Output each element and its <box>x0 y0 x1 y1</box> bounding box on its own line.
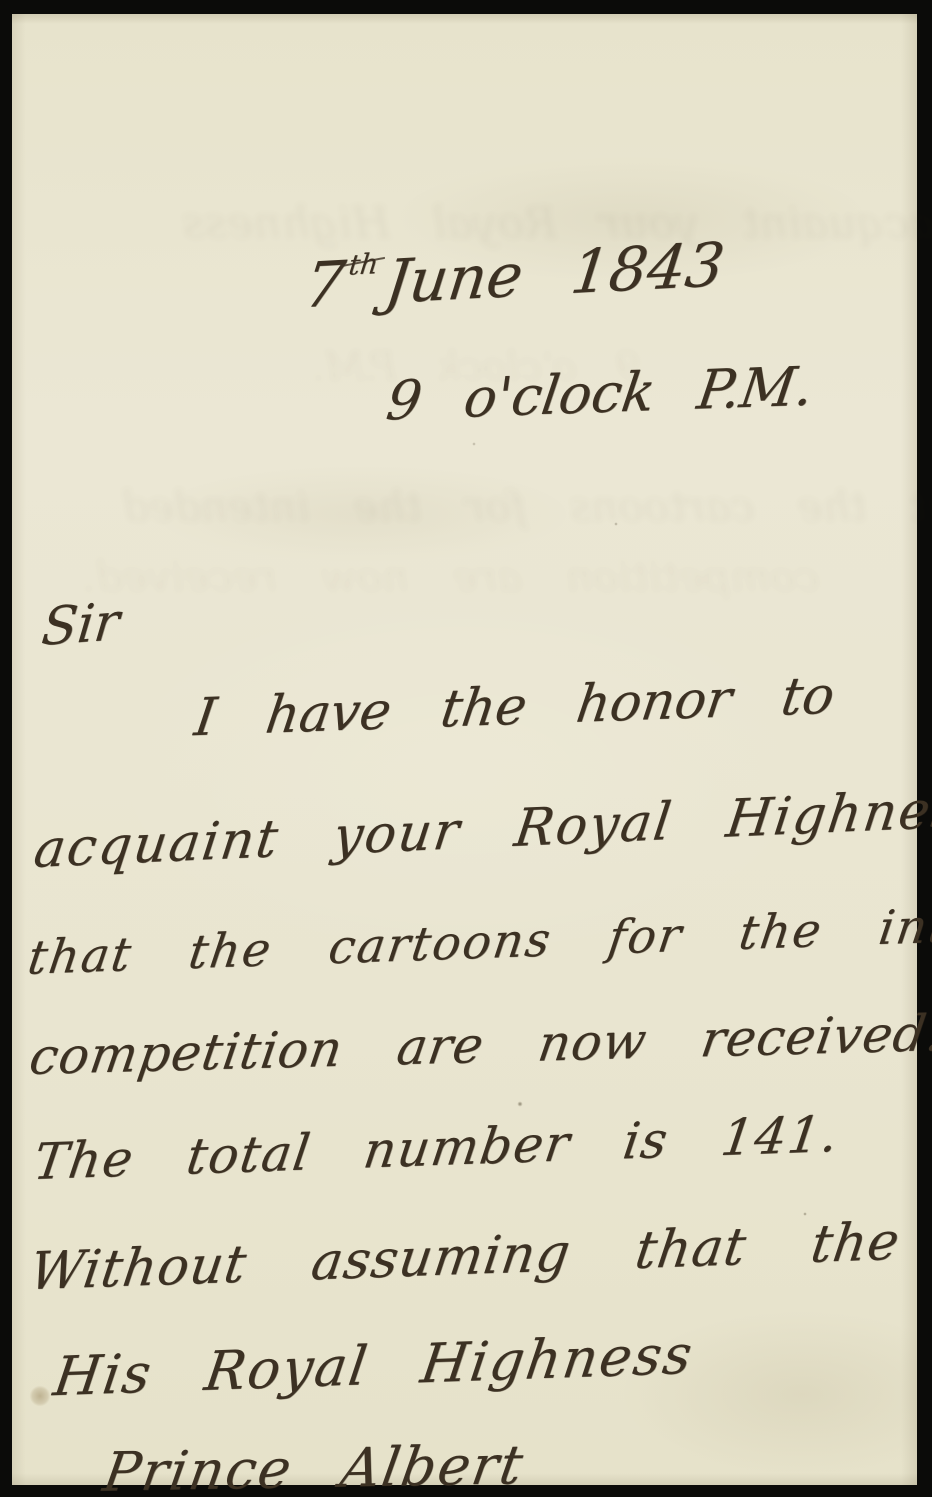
letter-page: acquaint your Royal Highness 9 o'clock P… <box>12 14 917 1485</box>
letter-line: competition are now received. <box>29 1004 932 1086</box>
dateline-ordinal: th <box>347 247 380 282</box>
dateline-day: 7 <box>301 247 349 323</box>
letter-line: acquaint your Royal Highness <box>33 778 932 880</box>
letter-dateline: 7thJune 1843 <box>303 227 726 322</box>
letter-line: Prince Albert <box>103 1433 524 1497</box>
ink-bleedthrough: that the cartoons for the intended <box>122 482 932 531</box>
letter-line: that the cartoons for the intended <box>27 893 932 986</box>
letter-line: The total number is 141. <box>33 1105 840 1191</box>
letter-salutation: Sir <box>40 592 121 657</box>
ink-bleedthrough: competition are now received. <box>82 552 819 601</box>
letter-line: His Royal Highness <box>53 1323 694 1408</box>
letter-timeline: 9 o'clock P.M. <box>386 355 814 433</box>
dateline-rest: June 1843 <box>381 230 728 318</box>
scan-background: { "scan": { "background_color": "#0b0b09… <box>0 0 932 1497</box>
letter-line: Without assuming that the <box>29 1212 900 1302</box>
letter-line: I have the honor to <box>194 666 835 748</box>
